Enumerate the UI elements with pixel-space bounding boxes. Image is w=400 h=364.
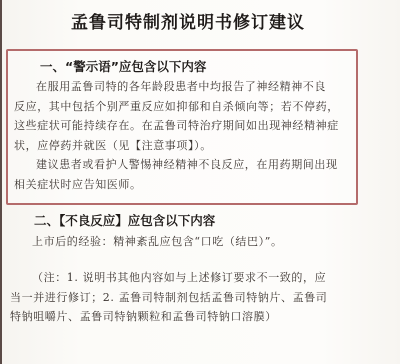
- section2-body: 上市后的经验：精神紊乱应包含“口吃（结巴）”。: [10, 232, 283, 252]
- note-line3: 特钠咀嚼片、孟鲁司特钠颗粒和孟鲁司特钠口溶膜）: [10, 307, 327, 327]
- section1-p1-line3: 这些症状可能持续存在。在孟鲁司特治疗期间如出现神经精神症: [14, 116, 339, 136]
- note-line1: （注：1. 说明书其他内容如与上述修订要求不一致的，应: [10, 268, 327, 288]
- document-title: 孟鲁司特制剂说明书修订建议: [2, 8, 400, 33]
- note-line2: 当一并进行修订；2. 孟鲁司特制剂包括孟鲁司特钠片、孟鲁司: [10, 288, 327, 308]
- section1-p1-line2: 反应，其中包括个别严重反应如抑郁和自杀倾向等；若不停药，: [14, 97, 339, 117]
- highlight-box-warning-section: 一、“警示语”应包含以下内容 在服用孟鲁司特的各年龄段患者中均报告了神经精神不良…: [6, 49, 358, 205]
- section1-heading: 一、“警示语”应包含以下内容: [40, 57, 206, 75]
- note-block: （注：1. 说明书其他内容如与上述修订要求不一致的，应 当一并进行修订；2. 孟…: [10, 268, 327, 327]
- document-page: 孟鲁司特制剂说明书修订建议 一、“警示语”应包含以下内容 在服用孟鲁司特的各年龄…: [2, 0, 400, 364]
- section1-body: 在服用孟鲁司特的各年龄段患者中均报告了神经精神不良 反应，其中包括个别严重反应如…: [14, 77, 339, 194]
- section1-p2-line2: 相关症状时应告知医师。: [14, 175, 339, 195]
- section2-heading: 二、【不良反应】应包含以下内容: [34, 211, 215, 229]
- section1-p1-line4: 状，应停药并就医（见【注意事项】）。: [14, 136, 339, 156]
- section1-p2-line1: 建议患者或看护人警惕神经精神不良反应，在用药期间出现: [14, 155, 339, 175]
- section2-line1: 上市后的经验：精神紊乱应包含“口吃（结巴）”。: [10, 232, 283, 252]
- section1-p1-line1: 在服用孟鲁司特的各年龄段患者中均报告了神经精神不良: [14, 77, 339, 97]
